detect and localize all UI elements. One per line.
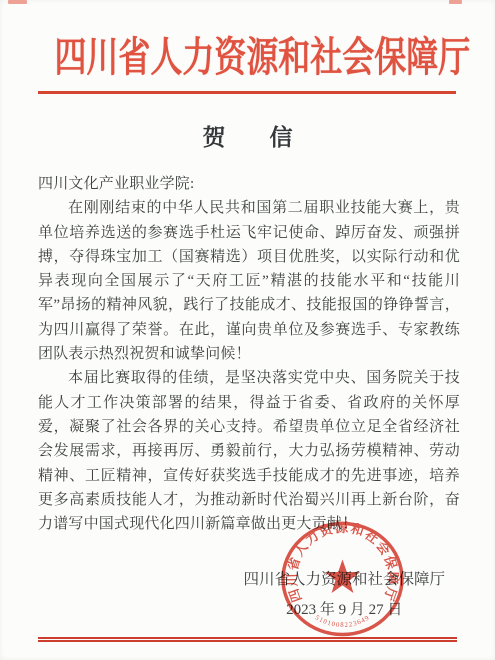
- signer-name: 四川省人力资源和社会保障厅: [243, 570, 445, 590]
- signature-block: 四川省人力资源和社会保障厅 2023 年 9 月 27 日: [243, 570, 445, 620]
- body-paragraph-1: 在刚刚结束的中华人民共和国第二届职业技能大赛上，贵单位培养选送的参赛选手杜运飞牢…: [38, 196, 460, 366]
- letter-page: 四川省人力资源和社会保障厅 贺 信 四川文化产业职业学院: 在刚刚结束的中华人民…: [0, 0, 495, 660]
- letterhead-rule: [38, 91, 456, 94]
- letter-title-char-2: 信: [270, 124, 293, 152]
- scan-artifact-top-left: [8, 0, 27, 4]
- letter-date: 2023 年 9 月 27 日: [243, 600, 445, 620]
- body-paragraph-2: 本届比赛取得的佳绩，是坚决落实党中央、国务院关于技能人才工作决策部署的结果，得益…: [38, 366, 460, 536]
- letter-title-char-1: 贺: [203, 124, 226, 152]
- salutation: 四川文化产业职业学院:: [38, 172, 460, 196]
- footer-rule: [38, 637, 457, 642]
- letter-title: 贺 信: [0, 124, 495, 152]
- letterhead-org-name: 四川省人力资源和社会保障厅: [54, 34, 440, 80]
- letter-body: 四川文化产业职业学院: 在刚刚结束的中华人民共和国第二届职业技能大赛上，贵单位培…: [38, 172, 460, 536]
- scan-artifact-top-right: [449, 0, 462, 4]
